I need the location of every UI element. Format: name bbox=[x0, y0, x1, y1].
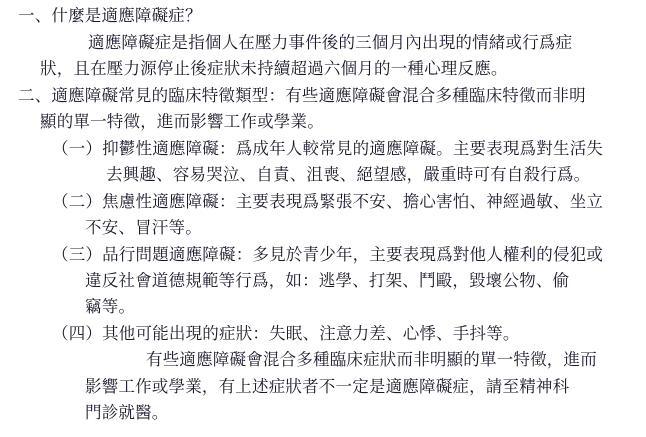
section-1-paragraph-line-2: 狀，且在壓力源停止後症狀未持續超過六個月的一種心理反應。 bbox=[40, 59, 508, 79]
section-2-heading-line-2: 顯的單一特徵，進而影響工作或學業。 bbox=[40, 112, 324, 132]
closing-paragraph-line-2: 影響工作或學業，有上述症狀者不一定是適應障礙症，請至精神科 bbox=[85, 377, 569, 397]
item-2-line-1: （二）焦慮性適應障礙：主要表現爲緊張不安、擔心害怕、神經過敏、坐立 bbox=[52, 192, 603, 212]
item-3-line-3: 竊等。 bbox=[85, 297, 135, 317]
item-1-line-1: （一）抑鬱性適應障礙：爲成年人較常見的適應障礙。主要表現爲對生活失 bbox=[52, 139, 603, 159]
section-1-paragraph-line-1: 適應障礙症是指個人在壓力事件後的三個月內出現的情緒或行爲症 bbox=[88, 33, 572, 53]
closing-paragraph-line-3: 門診就醫。 bbox=[85, 403, 169, 423]
item-3-line-2: 違反社會道德規範等行爲，如：逃學、打架、鬥毆，毀壞公物、偷 bbox=[85, 271, 569, 291]
item-4-line-1: （四）其他可能出現的症狀：失眠、注意力差、心悸、手抖等。 bbox=[52, 324, 520, 344]
section-2-heading-line-1: 二、適應障礙常見的臨床特徵類型：有些適應障礙會混合多種臨床特徵而非明 bbox=[18, 86, 586, 106]
closing-paragraph-line-1: 有些適應障礙會混合多種臨床症狀而非明顯的單一特徵，進而 bbox=[146, 350, 597, 370]
item-3-line-1: （三）品行問題適應障礙：多見於青少年，主要表現爲對他人權利的侵犯或 bbox=[52, 245, 603, 265]
item-1-line-2: 去興趣、容易哭泣、自責、沮喪、絕望感，嚴重時可有自殺行爲。 bbox=[106, 165, 590, 185]
item-2-line-2: 不安、冒汗等。 bbox=[85, 218, 202, 238]
section-1-heading: 一、什麼是適應障礙症？ bbox=[18, 6, 202, 26]
